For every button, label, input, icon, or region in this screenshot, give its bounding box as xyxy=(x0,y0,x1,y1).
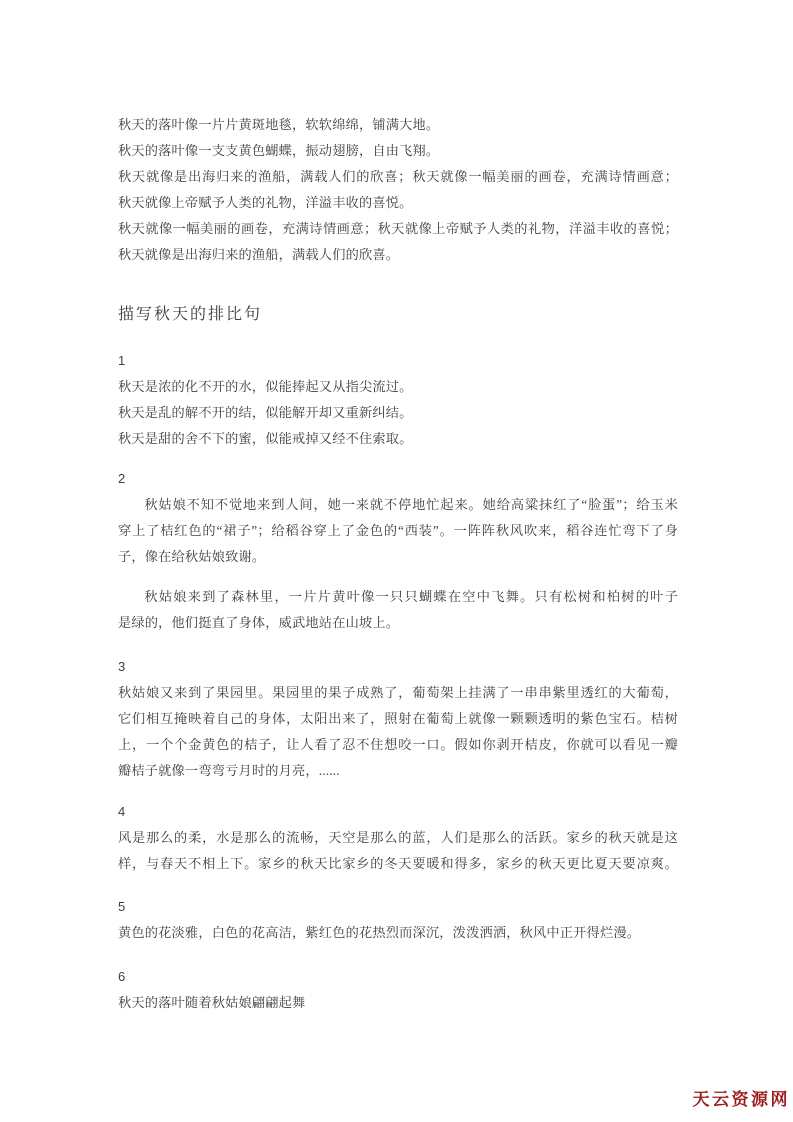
text-line: 秋天就像上帝赋予人类的礼物，洋溢丰收的喜悦。 xyxy=(118,190,678,216)
text-line: 秋天就像是出海归来的渔船，满载人们的欣喜。 xyxy=(118,242,678,268)
text-line: 黄色的花淡雅，白色的花高洁，紫红色的花热烈而深沉，泼泼洒洒，秋风中正开得烂漫。 xyxy=(118,920,678,946)
section-heading-block: 描写秋天的排比句 xyxy=(118,302,678,328)
text-line: 子，像在给秋姑娘致谢。 xyxy=(118,544,678,570)
text-line: 瓣桔子就像一弯弯亏月时的月亮，...... xyxy=(118,758,678,784)
text-line: 秋天的落叶像一片片黄斑地毯，软软绵绵，铺满大地。 xyxy=(118,112,678,138)
text-line: 穿上了桔红色的“裙子”；给稻谷穿上了金色的“西装”。一阵阵秋风吹来，稻谷连忙弯下… xyxy=(118,518,678,544)
document-content: 秋天的落叶像一片片黄斑地毯，软软绵绵，铺满大地。 秋天的落叶像一支支黄色蝴蝶，振… xyxy=(118,0,678,1016)
text-line: 上，一个个金黄色的桔子，让人看了忍不住想咬一口。假如你剥开桔皮，你就可以看见一瓣 xyxy=(118,732,678,758)
section-4: 4 风是那么的柔，水是那么的流畅，天空是那么的蓝，人们是那么的活跃。家乡的秋天就… xyxy=(118,799,678,877)
section-number: 6 xyxy=(118,964,678,990)
text-line: 秋姑娘不知不觉地来到人间，她一来就不停地忙起来。她给高粱抹红了“脸蛋”；给玉米 xyxy=(118,492,678,518)
text-line: 秋天的落叶像一支支黄色蝴蝶，振动翅膀，自由飞翔。 xyxy=(118,138,678,164)
section-2: 2 秋姑娘不知不觉地来到人间，她一来就不停地忙起来。她给高粱抹红了“脸蛋”；给玉… xyxy=(118,466,678,570)
text-line: 秋天就像是出海归来的渔船，满载人们的欣喜；秋天就像一幅美丽的画卷，充满诗情画意； xyxy=(118,164,678,190)
text-line: 它们相互掩映着自己的身体，太阳出来了，照射在葡萄上就像一颗颗透明的紫色宝石。桔树 xyxy=(118,706,678,732)
section-6: 6 秋天的落叶随着秋姑娘翩翩起舞 xyxy=(118,964,678,1016)
section-number: 2 xyxy=(118,466,678,492)
site-watermark: 天云资源网 xyxy=(693,1085,791,1110)
text-line: 秋天就像一幅美丽的画卷，充满诗情画意；秋天就像上帝赋予人类的礼物，洋溢丰收的喜悦… xyxy=(118,216,678,242)
section-number: 3 xyxy=(118,654,678,680)
section-5: 5 黄色的花淡雅，白色的花高洁，紫红色的花热烈而深沉，泼泼洒洒，秋风中正开得烂漫… xyxy=(118,894,678,946)
text-line: 秋天是甜的舍不下的蜜，似能戒掉又经不住索取。 xyxy=(118,426,678,452)
text-line: 风是那么的柔，水是那么的流畅，天空是那么的蓝，人们是那么的活跃。家乡的秋天就是这 xyxy=(118,825,678,851)
section-number: 4 xyxy=(118,799,678,825)
text-line: 样，与春天不相上下。家乡的秋天比家乡的冬天要暖和得多，家乡的秋天更比夏天要凉爽。 xyxy=(118,851,678,877)
section-3: 3 秋姑娘又来到了果园里。果园里的果子成熟了，葡萄架上挂满了一串串紫里透红的大葡… xyxy=(118,654,678,784)
text-line: 秋天的落叶随着秋姑娘翩翩起舞 xyxy=(118,990,678,1016)
text-line: 是绿的，他们挺直了身体，威武地站在山坡上。 xyxy=(118,610,678,636)
text-line: 秋天是乱的解不开的结，似能解开却又重新纠结。 xyxy=(118,400,678,426)
text-line: 秋姑娘又来到了果园里。果园里的果子成熟了，葡萄架上挂满了一串串紫里透红的大葡萄， xyxy=(118,680,678,706)
section-1: 1 秋天是浓的化不开的水，似能捧起又从指尖流过。 秋天是乱的解不开的结，似能解开… xyxy=(118,348,678,452)
page-title: 描写秋天的排比句 xyxy=(118,302,678,328)
intro-paragraph: 秋天的落叶像一片片黄斑地毯，软软绵绵，铺满大地。 秋天的落叶像一支支黄色蝴蝶，振… xyxy=(118,112,678,268)
section-2-paragraph-2: 秋姑娘来到了森林里，一片片黄叶像一只只蝴蝶在空中飞舞。只有松树和柏树的叶子 是绿… xyxy=(118,584,678,636)
document-page: 秋天的落叶像一片片黄斑地毯，软软绵绵，铺满大地。 秋天的落叶像一支支黄色蝴蝶，振… xyxy=(0,0,793,1122)
text-line: 秋姑娘来到了森林里，一片片黄叶像一只只蝴蝶在空中飞舞。只有松树和柏树的叶子 xyxy=(118,584,678,610)
section-number: 1 xyxy=(118,348,678,374)
section-number: 5 xyxy=(118,894,678,920)
text-line: 秋天是浓的化不开的水，似能捧起又从指尖流过。 xyxy=(118,374,678,400)
